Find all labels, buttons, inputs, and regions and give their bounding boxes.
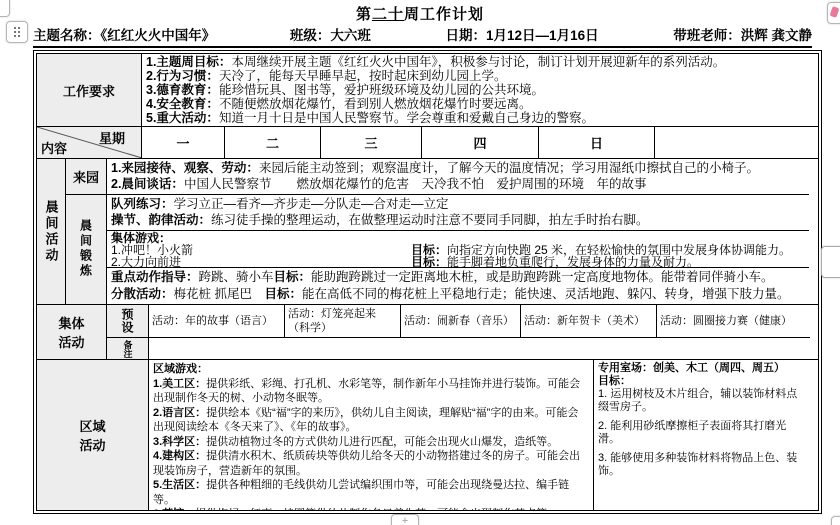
work-requirements-label: 工作要求 [37,54,142,126]
special-goal: 1. 运用树枝及木片组合，辅以装饰材料点缀雪房子。 [598,388,806,414]
morning-activities-body: 来园 1.来园接待、观察、劳动：来园后能主动签到；观察温度计，了解今天的温度情况… [66,159,809,304]
day-header-thu: 四 [422,127,539,158]
group-games-block: 集体游戏： 1.冲吧！小火箭 目标：向指定方向快跑 25 米，在轻松愉快的氛围中… [107,231,809,268]
special-room-title: 专用室场：创美、木工（周四、周五） [598,362,806,375]
activity-cell-fri: 活动：圆圈接力赛（健康） [657,305,810,337]
floating-button-right[interactable] [821,246,840,278]
special-room-cell: 专用室场：创美、木工（周四、周五） 目标： 1. 运用树枝及木片组合，辅以装饰材… [594,360,810,510]
day-header-sun: 日 [539,127,655,158]
schedule-corner-cell: 星期 内容 [37,127,142,158]
morning-activities-label: 晨间活动 [37,159,66,304]
preset-row: 预设 活动：年的故事（语言） 活动：灯笼亮起来（科学） 活动：闹新春（音乐） 活… [107,305,810,338]
preset-label: 预设 [107,305,149,337]
day-header-mon: 一 [142,127,225,158]
special-goal-label: 目标： [598,375,806,388]
header-date-range: 日期：1月12日—1月16日 [446,24,599,44]
special-goal: 2. 能利用砂纸摩擦柜子表面将其打磨光滑。 [598,420,806,446]
work-item: 4.安全教育：不随便燃放烟花爆竹，看到别人燃放烟花爆竹时要远离。 [146,97,806,111]
arrival-row: 来园 1.来园接待、观察、劳动：来园后能主动签到；观察温度计，了解今天的温度情况… [66,159,809,195]
floating-button-top-left[interactable] [0,0,10,17]
day-header-empty [655,127,810,158]
page-title-underlined: 二十 [372,6,404,23]
regional-activities-section: 区域活动 区域游戏： 1.美工区：提供彩纸、彩绳、打孔机、水彩笔等，制作新年小马… [37,360,818,510]
page-title-suffix: 周工作计划 [404,6,484,23]
table-move-handle[interactable] [6,21,28,43]
plus-icon: + [392,515,418,525]
corner-week-label: 星期 [99,128,125,147]
note-row: 备注 [107,338,810,359]
drill-item: 队列练习：学习立正—看齐—齐步走—分队走—合对走—立定 [111,196,805,212]
region-games-header: 区域游戏： [153,362,589,377]
arrival-item: 2.晨间谈话：中国人民警察节 燃放烟花爆竹的危害 天冷我不怕 爱护周围的环境 年… [111,176,805,192]
focus-item: 重点动作指导：跨跳、骑小车目标：能助跑跨跳过一定距离地木桩，或是助跑跨跳一定高度… [111,269,805,286]
region-item: 2.语言区：提供绘本《贴“福”字的来历》，供幼儿自主阅读，理解贴“福”字的由来。… [153,406,589,435]
header-teachers: 带班老师：洪辉 龚文静 [673,24,812,44]
pen-tool-icon [830,6,840,18]
document-page: 第二十周工作计划 主题名称：《红红火火中国年》 班级：大六班 日期：1月12日—… [0,0,840,525]
exercise-row: 晨间锻炼 队列练习：学习立正—看齐—齐步走—分队走—合对走—立定 操节、韵律活动… [66,195,809,304]
arrival-content: 1.来园接待、观察、劳动：来园后能主动签到；观察温度计，了解今天的温度情况；学习… [107,159,809,194]
collective-activities-section: 集体活动 预设 活动：年的故事（语言） 活动：灯笼亮起来（科学） 活动：闹新春（… [37,305,818,360]
focus-item: 分散活动：梅花桩 抓尾巴 目标：能在高低不同的梅花桩上平稳地行走；能快速、灵活地… [111,286,805,303]
day-header-tue: 二 [225,127,321,158]
note-label: 备注 [107,338,149,359]
activity-cell-wed: 活动：闹新春（音乐） [401,305,521,337]
activity-cell-mon: 活动：年的故事（语言） [149,305,285,337]
weekday-header-row: 星期 内容 一 二 三 四 日 [37,127,818,159]
work-item: 5.重大活动：知道一月十日是中国人民警察节。学会尊重和爱戴自己身边的警察。 [146,111,806,125]
header-class-name: 班级：大六班 [290,24,371,44]
collective-body: 预设 活动：年的故事（语言） 活动：灯笼亮起来（科学） 活动：闹新春（音乐） 活… [107,305,810,359]
drill-block: 队列练习：学习立正—看齐—齐步走—分队走—合对走—立定 操节、韵律活动：练习徒手… [107,195,809,231]
work-item: 2.行为习惯：天冷了，能每天早睡早起，按时起床到幼儿园上学。 [146,69,806,83]
floating-button-bottom-right[interactable] [831,516,840,525]
game-goal: 目标：能手脚着地负重爬行，发展身体的力量及耐力。 [411,256,699,268]
floating-button-top-right[interactable] [827,2,840,24]
arrival-label: 来园 [66,159,107,194]
work-item: 3.德育教育：能珍惜玩具、图书等，爱护班级环境及幼儿园的公共环境。 [146,83,806,97]
collective-activities-label: 集体活动 [37,305,107,359]
work-requirements-content: 1.主题周目标：本周继续开展主题《红红火火中国年》，积极参与讨论，制订计划开展迎… [142,54,810,126]
morning-activities-section: 晨间活动 来园 1.来园接待、观察、劳动：来园后能主动签到；观察温度计，了解今天… [37,159,818,305]
floating-button-bottom[interactable]: + [391,514,419,525]
region-item: 5.生活区：提供各种粗细的毛线供幼儿尝试编织围巾等，可能会出现绕曼达拉、编手链等… [153,478,589,507]
region-item: 6.茶馆：提供枸杞、红枣、桂圆等供幼儿制作冬日养生茶。可能会出现制作茶点等。 [153,507,589,510]
document-header-row: 主题名称：《红红火火中国年》 班级：大六班 日期：1月12日—1月16日 带班老… [33,24,812,48]
page-title: 第二十周工作计划 [0,3,840,24]
drag-dots-icon [14,27,20,37]
region-item: 1.美工区：提供彩纸、彩绳、打孔机、水彩笔等，制作新年小马挂饰并进行装饰。可能会… [153,377,589,406]
region-item: 4.建构区：提供清水积木、纸质砖块等供幼儿给冬天的小动物搭建过冬的房子。可能会出… [153,449,589,478]
regional-activities-label: 区域活动 [37,360,149,510]
exercise-content: 队列练习：学习立正—看齐—齐步走—分队走—合对走—立定 操节、韵律活动：练习徒手… [107,195,809,304]
day-header-wed: 三 [321,127,422,158]
work-item: 1.主题周目标：本周继续开展主题《红红火火中国年》，积极参与讨论，制订计划开展迎… [146,55,806,69]
regional-content: 区域游戏： 1.美工区：提供彩纸、彩绳、打孔机、水彩笔等，制作新年小马挂饰并进行… [149,360,594,510]
game-name: 1.冲吧！小火箭 [111,244,411,256]
focus-block: 重点动作指导：跨跳、骑小车目标：能助跑跨跳过一定距离地木桩，或是助跑跨跳一定高度… [107,268,809,304]
special-goal: 3. 能够使用多种装饰材料将物品上色、装饰。 [598,452,806,478]
game-name: 2.大力向前进 [111,256,411,268]
note-empty-cell [149,338,810,359]
activity-cell-tue: 活动：灯笼亮起来（科学） [285,305,401,337]
arrival-item: 1.来园接待、观察、劳动：来园后能主动签到；观察温度计，了解今天的温度情况；学习… [111,160,805,176]
morning-exercise-label: 晨间锻炼 [66,195,107,304]
weekly-plan-table: 工作要求 1.主题周目标：本周继续开展主题《红红火火中国年》，积极参与讨论，制订… [33,50,822,514]
work-requirements-row: 工作要求 1.主题周目标：本周继续开展主题《红红火火中国年》，积极参与讨论，制订… [37,54,818,127]
game-item: 2.大力向前进 目标：能手脚着地负重爬行，发展身体的力量及耐力。 [111,256,805,268]
drill-item: 操节、韵律活动：练习徒手操的整理运动，在做整理运动时注意不要同手同脚，拍左手时抬… [111,212,805,228]
activity-cell-thu: 活动：新年贺卡（美术） [521,305,657,337]
page-title-prefix: 第 [356,6,372,23]
header-theme-name: 主题名称：《红红火火中国年》 [33,24,215,44]
region-item: 3.科学区：提供动植物过冬的方式供幼儿进行匹配，可能会出现火山爆发，造纸等。 [153,435,589,450]
corner-content-label: 内容 [41,138,67,157]
